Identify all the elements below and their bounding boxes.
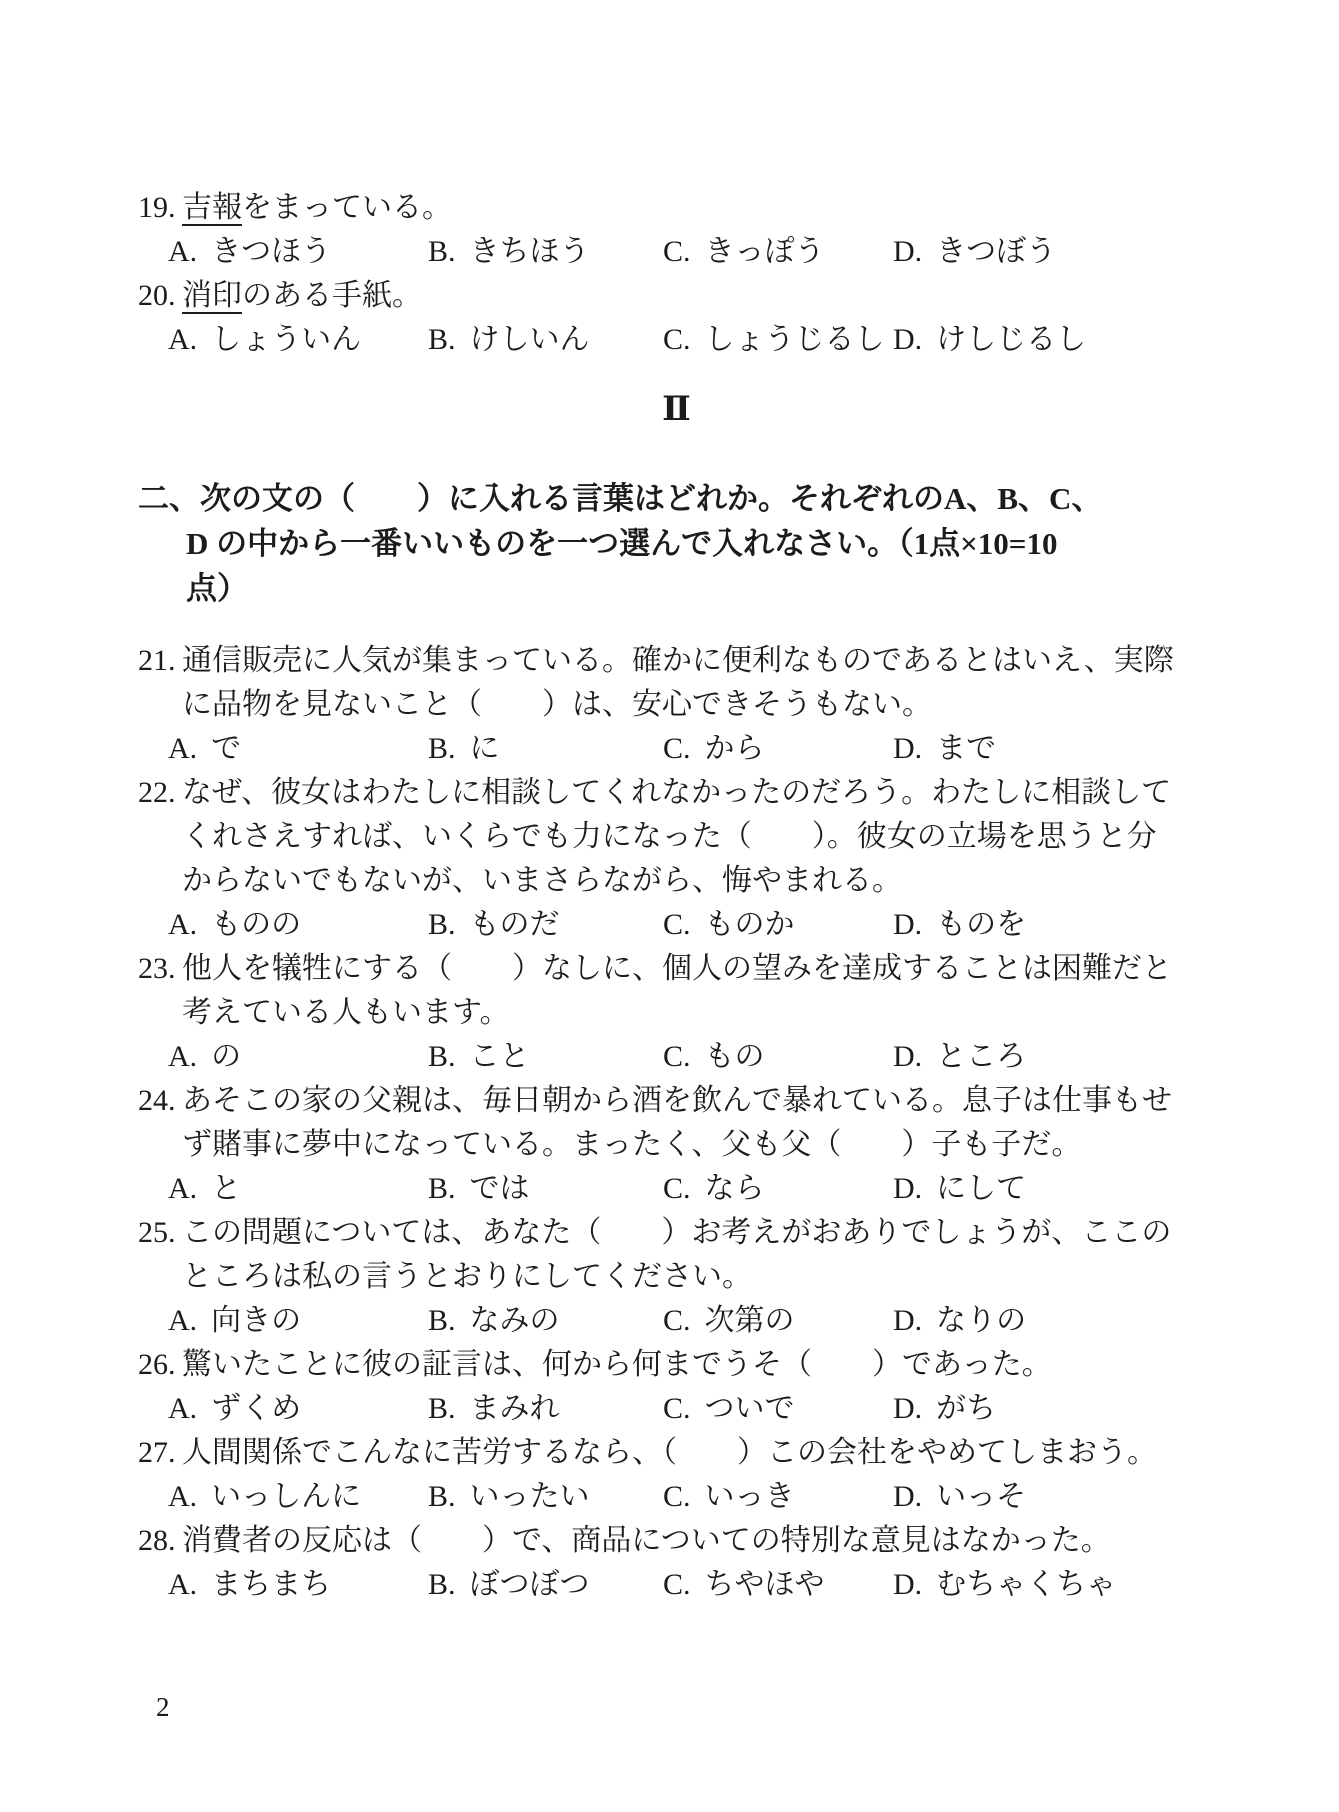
part-two-instructions: 二、次の文の（ ）に入れる言葉はどれか。それぞれのA、B、C、 D の中から一番… (138, 476, 1215, 611)
question-19: 19.吉報をまっている。 A.きつほう B.きちほう C.きっぽう D.きつぼう (138, 186, 1215, 274)
option-c: C.きっぽう (663, 230, 893, 274)
option-a: A.しょういん (168, 318, 428, 362)
question-sentence: 考えている人もいます。 (138, 991, 1215, 1035)
question-sentence: 通信販売に人気が集まっている。確かに便利なものであるとはいえ、実際 (182, 644, 1174, 677)
question-sentence: 消費者の反応は（ ）で、商品についての特別な意見はなかった。 (182, 1524, 1111, 1557)
options-row: A.と B.では C.なら D.にして (168, 1167, 1215, 1211)
option-a: A.と (168, 1167, 428, 1211)
question-sentence: この問題については、あなた（ ）お考えがおありでしょうが、ここの (182, 1216, 1171, 1249)
option-c: C.いっき (663, 1475, 893, 1519)
option-c: C.もの (663, 1035, 893, 1079)
underlined-term: 吉報 (182, 191, 242, 224)
question-sentence: 驚いたことに彼の証言は、何から何までうそ（ ）であった。 (182, 1348, 1052, 1381)
options-row: A.ずくめ B.まみれ C.ついで D.がち (168, 1387, 1215, 1431)
question-sentence: ところは私の言うとおりにしてください。 (138, 1255, 1215, 1299)
question-number: 28. (138, 1519, 182, 1563)
question-sentence: に品物を見ないこと（ ）は、安心できそうもない。 (138, 683, 1215, 727)
question-sentence: をまっている。 (242, 191, 452, 224)
question-number: 24. (138, 1079, 182, 1123)
option-a: A.ずくめ (168, 1387, 428, 1431)
option-d: D.むちゃくちゃ (893, 1563, 1215, 1607)
option-a: A.の (168, 1035, 428, 1079)
option-a: A.で (168, 727, 428, 771)
page-number: 2 (156, 1692, 170, 1723)
question-number: 20. (138, 274, 182, 318)
question-20: 20.消印のある手紙。 A.しょういん B.けしいん C.しょうじるし D.けし… (138, 274, 1215, 362)
exam-page: 19.吉報をまっている。 A.きつほう B.きちほう C.きっぽう D.きつぼう… (0, 0, 1339, 1812)
option-b: B.に (428, 727, 663, 771)
question-sentence: あそこの家の父親は、毎日朝から酒を飲んで暴れている。息子は仕事もせ (182, 1084, 1172, 1117)
option-d: D.いっそ (893, 1475, 1215, 1519)
option-c: C.ついで (663, 1387, 893, 1431)
question-number: 26. (138, 1343, 182, 1387)
option-c: C.しょうじるし (663, 318, 893, 362)
question-26: 26.驚いたことに彼の証言は、何から何までうそ（ ）であった。 A.ずくめ B.… (138, 1343, 1215, 1431)
option-b: B.けしいん (428, 318, 663, 362)
option-d: D.けしじるし (893, 318, 1215, 362)
option-b: B.なみの (428, 1299, 663, 1343)
question-sentence: くれさえすれば、いくらでも力になった（ ）。彼女の立場を思うと分 (138, 815, 1215, 859)
question-23: 23.他人を犠牲にする（ ）なしに、個人の望みを達成することは困難だと 考えてい… (138, 947, 1215, 1079)
option-d: D.ものを (893, 903, 1215, 947)
question-number: 21. (138, 639, 182, 683)
question-number: 19. (138, 186, 182, 230)
question-25-text: 25.この問題については、あなた（ ）お考えがおありでしょうが、ここの (138, 1211, 1215, 1255)
options-row: A.ものの B.ものだ C.ものか D.ものを (168, 903, 1215, 947)
question-27-text: 27.人間関係でこんなに苦労するなら、（ ）この会社をやめてしまおう。 (138, 1431, 1215, 1475)
question-27: 27.人間関係でこんなに苦労するなら、（ ）この会社をやめてしまおう。 A.いっ… (138, 1431, 1215, 1519)
option-d: D.ところ (893, 1035, 1215, 1079)
option-d: D.きつぼう (893, 230, 1215, 274)
option-b: B.ぼつぼつ (428, 1563, 663, 1607)
instruction-line: 点） (138, 566, 1215, 611)
option-b: B.ものだ (428, 903, 663, 947)
question-number: 25. (138, 1211, 182, 1255)
question-sentence: 他人を犠牲にする（ ）なしに、個人の望みを達成することは困難だと (182, 952, 1172, 985)
option-a: A.いっしんに (168, 1475, 428, 1519)
question-sentence: からないでもないが、いまさらながら、悔やまれる。 (138, 859, 1215, 903)
option-b: B.まみれ (428, 1387, 663, 1431)
option-a: A.まちまち (168, 1563, 428, 1607)
question-28: 28.消費者の反応は（ ）で、商品についての特別な意見はなかった。 A.まちまち… (138, 1519, 1215, 1607)
question-sentence: ず賭事に夢中になっている。まったく、父も父（ ）子も子だ。 (138, 1123, 1215, 1167)
exam-content: 19.吉報をまっている。 A.きつほう B.きちほう C.きっぽう D.きつぼう… (0, 0, 1339, 1607)
option-c: C.から (663, 727, 893, 771)
option-c: C.次第の (663, 1299, 893, 1343)
question-24: 24.あそこの家の父親は、毎日朝から酒を飲んで暴れている。息子は仕事もせ ず賭事… (138, 1079, 1215, 1211)
question-24-text: 24.あそこの家の父親は、毎日朝から酒を飲んで暴れている。息子は仕事もせ (138, 1079, 1215, 1123)
question-20-text: 20.消印のある手紙。 (138, 274, 1215, 318)
instruction-line: D の中から一番いいものを一つ選んで入れなさい。（1点×10=10 (138, 521, 1215, 566)
option-c: C.なら (663, 1167, 893, 1211)
option-d: D.なりの (893, 1299, 1215, 1343)
options-row: A.しょういん B.けしいん C.しょうじるし D.けしじるし (168, 318, 1215, 362)
options-row: A.の B.こと C.もの D.ところ (168, 1035, 1215, 1079)
options-row: A.向きの B.なみの C.次第の D.なりの (168, 1299, 1215, 1343)
section-heading: Ⅱ (138, 388, 1215, 432)
question-sentence: 人間関係でこんなに苦労するなら、（ ）この会社をやめてしまおう。 (182, 1436, 1157, 1469)
option-d: D.にして (893, 1167, 1215, 1211)
option-a: A.ものの (168, 903, 428, 947)
question-23-text: 23.他人を犠牲にする（ ）なしに、個人の望みを達成することは困難だと (138, 947, 1215, 991)
options-row: A.まちまち B.ぼつぼつ C.ちやほや D.むちゃくちゃ (168, 1563, 1215, 1607)
option-a: A.向きの (168, 1299, 428, 1343)
instruction-line: 二、次の文の（ ）に入れる言葉はどれか。それぞれのA、B、C、 (138, 476, 1215, 521)
question-22: 22.なぜ、彼女はわたしに相談してくれなかったのだろう。わたしに相談して くれさ… (138, 771, 1215, 947)
options-row: A.で B.に C.から D.まで (168, 727, 1215, 771)
option-c: C.ちやほや (663, 1563, 893, 1607)
option-b: B.では (428, 1167, 663, 1211)
question-19-text: 19.吉報をまっている。 (138, 186, 1215, 230)
options-row: A.いっしんに B.いったい C.いっき D.いっそ (168, 1475, 1215, 1519)
question-21: 21.通信販売に人気が集まっている。確かに便利なものであるとはいえ、実際 に品物… (138, 639, 1215, 771)
option-d: D.がち (893, 1387, 1215, 1431)
option-b: B.いったい (428, 1475, 663, 1519)
question-28-text: 28.消費者の反応は（ ）で、商品についての特別な意見はなかった。 (138, 1519, 1215, 1563)
question-22-text: 22.なぜ、彼女はわたしに相談してくれなかったのだろう。わたしに相談して (138, 771, 1215, 815)
option-c: C.ものか (663, 903, 893, 947)
question-number: 23. (138, 947, 182, 991)
question-26-text: 26.驚いたことに彼の証言は、何から何までうそ（ ）であった。 (138, 1343, 1215, 1387)
question-sentence: のある手紙。 (242, 279, 422, 312)
option-d: D.まで (893, 727, 1215, 771)
question-21-text: 21.通信販売に人気が集まっている。確かに便利なものであるとはいえ、実際 (138, 639, 1215, 683)
option-a: A.きつほう (168, 230, 428, 274)
options-row: A.きつほう B.きちほう C.きっぽう D.きつぼう (168, 230, 1215, 274)
option-b: B.こと (428, 1035, 663, 1079)
underlined-term: 消印 (182, 279, 242, 312)
option-b: B.きちほう (428, 230, 663, 274)
question-25: 25.この問題については、あなた（ ）お考えがおありでしょうが、ここの ところは… (138, 1211, 1215, 1343)
question-number: 22. (138, 771, 182, 815)
question-number: 27. (138, 1431, 182, 1475)
question-sentence: なぜ、彼女はわたしに相談してくれなかったのだろう。わたしに相談して (182, 776, 1171, 809)
